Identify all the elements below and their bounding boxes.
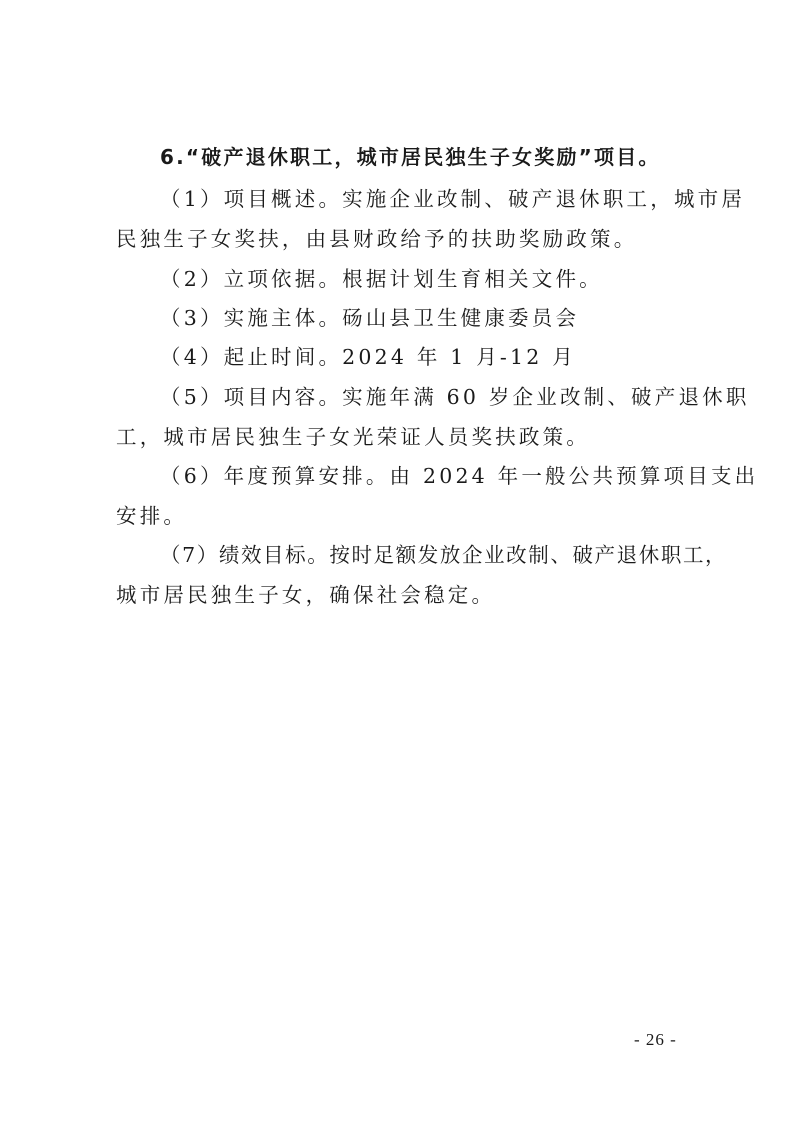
paragraph-line: （6）年度预算安排。由 2024 年一般公共预算项目支出 xyxy=(160,462,758,490)
page-number: - 26 - xyxy=(634,1030,677,1050)
paragraph-line: （4）起止时间。2024 年 1 月-12 月 xyxy=(160,343,576,371)
paragraph-line: 城市居民独生子女，确保社会稳定。 xyxy=(116,581,495,609)
section-heading: 6.“破产退休职工，城市居民独生子女奖励”项目。 xyxy=(160,143,661,171)
paragraph-line: （2）立项依据。根据计划生育相关文件。 xyxy=(160,265,603,293)
paragraph-line: 安排。 xyxy=(116,502,187,530)
paragraph-line: （5）项目内容。实施年满 60 岁企业改制、破产退休职 xyxy=(160,383,750,411)
paragraph-line: （3）实施主体。砀山县卫生健康委员会 xyxy=(160,304,579,332)
paragraph-line: 民独生子女奖扶，由县财政给予的扶助奖励政策。 xyxy=(116,225,637,253)
document-page: 6.“破产退休职工，城市居民独生子女奖励”项目。 （1）项目概述。实施企业改制、… xyxy=(0,0,793,1122)
paragraph-line: （7）绩效目标。按时足额发放企业改制、破产退休职工， xyxy=(160,541,727,569)
paragraph-line: 工，城市居民独生子女光荣证人员奖扶政策。 xyxy=(116,423,590,451)
paragraph-line: （1）项目概述。实施企业改制、破产退休职工，城市居 xyxy=(160,185,745,213)
